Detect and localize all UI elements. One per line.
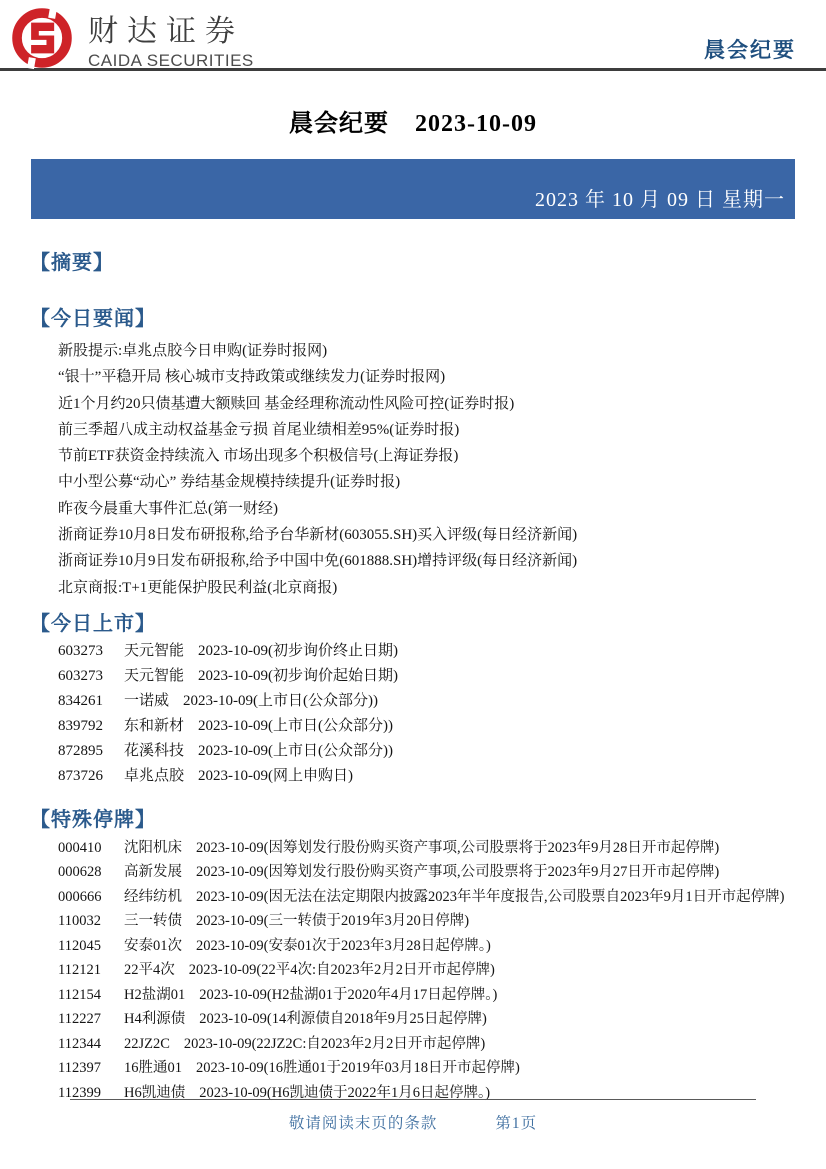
security-name: 天元智能	[124, 639, 184, 664]
news-item: 昨夜今晨重大事件汇总(第一财经)	[58, 496, 796, 522]
suspension-detail: 2023-10-09(因无法在法定期限内披露2023年半年度报告,公司股票自20…	[196, 889, 784, 905]
listing-detail: 2023-10-09(初步询价起始日期)	[198, 668, 398, 684]
security-code: 110032	[58, 909, 110, 934]
report-body: 【摘要】 【今日要闻】 新股提示:卓兆点胶今日申购(证券时报网) “银十”平稳开…	[0, 246, 826, 1105]
suspension-row: 112227H4利源债2023-10-09(14利源债自2018年9月25日起停…	[58, 1007, 796, 1032]
news-item: 浙商证券10月9日发布研报称,给予中国中免(601888.SH)增持评级(每日经…	[58, 548, 796, 574]
suspension-row: 112045安泰01次2023-10-09(安泰01次于2023年3月28日起停…	[58, 934, 796, 959]
security-name: 沈阳机床	[124, 836, 182, 861]
listings-section-heading: 【今日上市】	[30, 607, 796, 636]
security-code: 112344	[58, 1032, 110, 1057]
suspension-row: 11234422JZ2C2023-10-09(22JZ2C:自2023年2月2日…	[58, 1032, 796, 1057]
brand: 财达证券 CAIDA SECURITIES	[10, 4, 254, 71]
brand-name-cn: 财达证券	[88, 6, 254, 50]
listing-row: 834261一诺威2023-10-09(上市日(公众部分))	[58, 689, 796, 714]
listing-detail: 2023-10-09(上市日(公众部分))	[183, 693, 378, 709]
security-name: H2盐湖01	[124, 983, 185, 1008]
suspension-row: 110032三一转债2023-10-09(三一转债于2019年3月20日停牌)	[58, 909, 796, 934]
listing-detail: 2023-10-09(网上申购日)	[198, 768, 353, 784]
security-code: 000628	[58, 860, 110, 885]
news-item: 前三季超八成主动权益基金亏损 首尾业绩相差95%(证券时报)	[58, 417, 796, 443]
suspension-detail: 2023-10-09(H2盐湖01于2020年4月17日起停牌。)	[199, 987, 497, 1003]
security-name: 经纬纺机	[124, 885, 182, 910]
news-item: 北京商报:T+1更能保护股民利益(北京商报)	[58, 575, 796, 601]
suspension-row: 112154H2盐湖012023-10-09(H2盐湖01于2020年4月17日…	[58, 983, 796, 1008]
listing-row: 603273天元智能2023-10-09(初步询价起始日期)	[58, 664, 796, 689]
security-code: 112045	[58, 934, 110, 959]
security-code: 000666	[58, 885, 110, 910]
security-code: 603273	[58, 639, 110, 664]
security-code: 112397	[58, 1056, 110, 1081]
suspension-detail: 2023-10-09(14利源债自2018年9月25日起停牌)	[199, 1011, 487, 1027]
security-code: 834261	[58, 689, 110, 714]
listings-list: 603273天元智能2023-10-09(初步询价终止日期) 603273天元智…	[30, 639, 796, 789]
news-item: 中小型公募“动心” 券结基金规模持续提升(证券时报)	[58, 469, 796, 495]
security-name: 安泰01次	[124, 934, 182, 959]
listing-detail: 2023-10-09(上市日(公众部分))	[198, 718, 393, 734]
listing-detail: 2023-10-09(初步询价终止日期)	[198, 643, 398, 659]
suspension-row: 000628高新发展2023-10-09(因筹划发行股份购买资产事项,公司股票将…	[58, 860, 796, 885]
date-banner: 2023 年 10 月 09 日 星期一	[31, 159, 795, 219]
news-item: 浙商证券10月8日发布研报称,给予台华新材(603055.SH)买入评级(每日经…	[58, 522, 796, 548]
security-code: 112121	[58, 958, 110, 983]
listing-row: 872895花溪科技2023-10-09(上市日(公众部分))	[58, 739, 796, 764]
security-name: 一诺威	[124, 689, 169, 714]
news-item: “银十”平稳开局 核心城市支持政策或继续发力(证券时报网)	[58, 364, 796, 390]
suspension-row: 000410沈阳机床2023-10-09(因筹划发行股份购买资产事项,公司股票将…	[58, 836, 796, 861]
page-number: 第1页	[495, 1111, 537, 1133]
doc-type-label: 晨会纪要	[704, 34, 796, 64]
security-code: 112154	[58, 983, 110, 1008]
page-footer: 敬请阅读末页的条款 第1页	[0, 1099, 826, 1133]
news-item: 新股提示:卓兆点胶今日申购(证券时报网)	[58, 338, 796, 364]
security-name: 高新发展	[124, 860, 182, 885]
suspension-detail: 2023-10-09(因筹划发行股份购买资产事项,公司股票将于2023年9月28…	[196, 840, 719, 856]
security-name: 花溪科技	[124, 739, 184, 764]
suspensions-list: 000410沈阳机床2023-10-09(因筹划发行股份购买资产事项,公司股票将…	[30, 836, 796, 1106]
security-code: 112227	[58, 1007, 110, 1032]
security-name: 卓兆点胶	[124, 764, 184, 789]
security-code: 873726	[58, 764, 110, 789]
suspension-detail: 2023-10-09(22JZ2C:自2023年2月2日开市起停牌)	[184, 1036, 485, 1052]
security-name: 22JZ2C	[124, 1032, 170, 1057]
listing-row: 603273天元智能2023-10-09(初步询价终止日期)	[58, 639, 796, 664]
suspension-detail: 2023-10-09(因筹划发行股份购买资产事项,公司股票将于2023年9月27…	[196, 864, 719, 880]
brand-text: 财达证券 CAIDA SECURITIES	[88, 4, 254, 71]
security-name: 22平4次	[124, 958, 175, 983]
security-code: 839792	[58, 714, 110, 739]
listing-detail: 2023-10-09(上市日(公众部分))	[198, 743, 393, 759]
security-name: H4利源债	[124, 1007, 185, 1032]
news-item: 近1个月约20只债基遭大额赎回 基金经理称流动性风险可控(证券时报)	[58, 391, 796, 417]
suspension-detail: 2023-10-09(22平4次:自2023年2月2日开市起停牌)	[189, 962, 495, 978]
suspension-detail: 2023-10-09(三一转债于2019年3月20日停牌)	[196, 913, 469, 929]
suspension-row: 000666经纬纺机2023-10-09(因无法在法定期限内披露2023年半年度…	[58, 885, 796, 910]
news-section-heading: 【今日要闻】	[30, 302, 796, 331]
suspension-row: 11239716胜通012023-10-09(16胜通01于2019年03月18…	[58, 1056, 796, 1081]
suspensions-section-heading: 【特殊停牌】	[30, 803, 796, 832]
page-header: 财达证券 CAIDA SECURITIES 晨会纪要	[0, 0, 826, 71]
banner-date-text: 2023 年 10 月 09 日 星期一	[535, 183, 785, 212]
security-name: 东和新材	[124, 714, 184, 739]
footer-divider	[70, 1099, 756, 1100]
caida-logo-icon	[10, 6, 74, 70]
security-code: 000410	[58, 836, 110, 861]
brand-name-en: CAIDA SECURITIES	[88, 51, 254, 71]
security-name: 天元智能	[124, 664, 184, 689]
security-code: 603273	[58, 664, 110, 689]
report-page: 财达证券 CAIDA SECURITIES 晨会纪要 晨会纪要2023-10-0…	[0, 0, 826, 1169]
news-item: 节前ETF获资金持续流入 市场出现多个积极信号(上海证券报)	[58, 443, 796, 469]
summary-section-heading: 【摘要】	[30, 246, 796, 275]
suspension-detail: 2023-10-09(16胜通01于2019年03月18日开市起停牌)	[196, 1060, 520, 1076]
footer-notice: 敬请阅读末页的条款	[289, 1111, 438, 1133]
listing-row: 839792东和新材2023-10-09(上市日(公众部分))	[58, 714, 796, 739]
report-title-date: 2023-10-09	[415, 111, 537, 137]
news-list: 新股提示:卓兆点胶今日申购(证券时报网) “银十”平稳开局 核心城市支持政策或继…	[30, 338, 796, 601]
suspension-detail: 2023-10-09(安泰01次于2023年3月28日起停牌。)	[196, 938, 491, 954]
security-name: 三一转债	[124, 909, 182, 934]
security-name: 16胜通01	[124, 1056, 182, 1081]
listing-row: 873726卓兆点胶2023-10-09(网上申购日)	[58, 764, 796, 789]
report-title: 晨会纪要2023-10-09	[0, 103, 826, 138]
security-code: 872895	[58, 739, 110, 764]
suspension-row: 11212122平4次2023-10-09(22平4次:自2023年2月2日开市…	[58, 958, 796, 983]
report-title-name: 晨会纪要	[289, 111, 389, 137]
